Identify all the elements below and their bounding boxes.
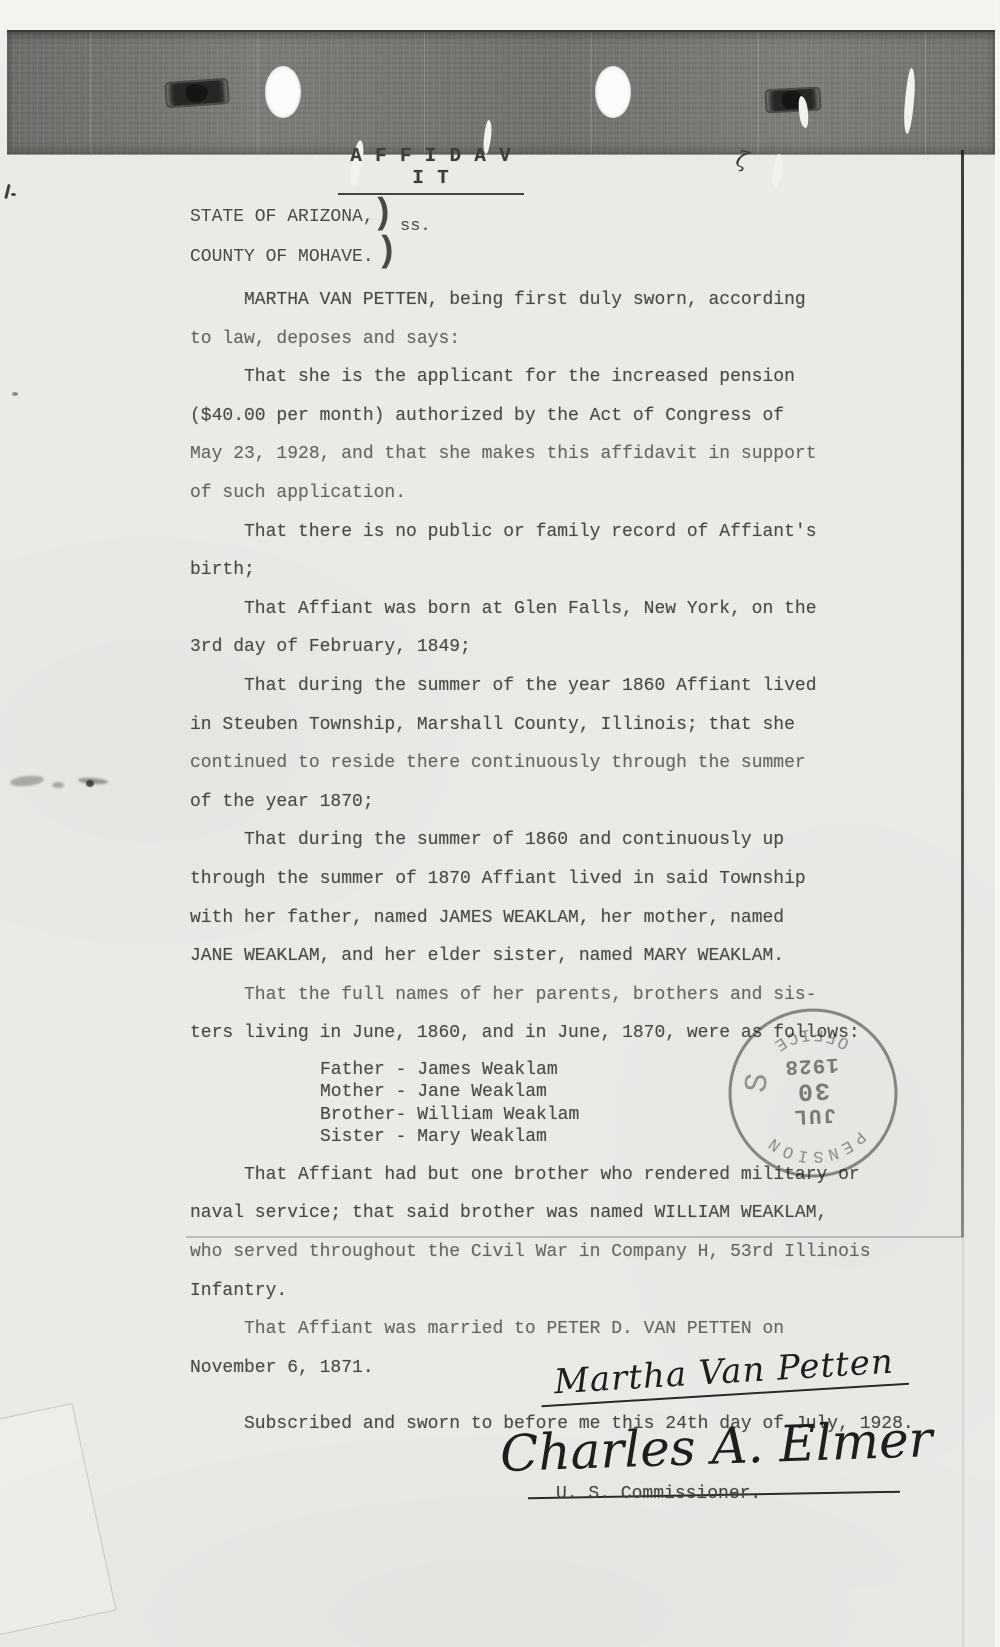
punch-hole-right	[595, 66, 631, 118]
body-line: of such application.	[190, 474, 890, 513]
body-line: through the summer of 1870 Affiant lived…	[190, 860, 890, 899]
svg-text:OFFICE: OFFICE	[766, 1021, 854, 1056]
body-line: in Steuben Township, Marshall County, Il…	[190, 706, 890, 745]
paper-tear	[771, 154, 784, 189]
body-line: JANE WEAKLAM, and her elder sister, name…	[190, 937, 890, 976]
body-line: continued to reside there continuously t…	[190, 744, 890, 783]
jurat-county-line: COUNTY OF MOHAVE.	[190, 237, 374, 277]
jurat-brace-top: )	[372, 193, 394, 234]
body-line: That Affiant was married to PETER D. VAN…	[190, 1310, 890, 1349]
scanned-header-band: ζ	[7, 30, 995, 154]
pension-office-date-stamp: PENSION OFFICE S JUL 30 1928	[719, 999, 906, 1186]
stamp-rim-side-letter: S	[738, 1071, 777, 1095]
stamp-rim-top-text: PENSION	[762, 1126, 870, 1168]
ink-mark: ζ	[733, 147, 751, 174]
body-line: with her father, named JAMES WEAKLAM, he…	[190, 899, 890, 938]
body-line: May 23, 1928, and that she makes this af…	[190, 435, 890, 474]
body-line: ($40.00 per month) authorized by the Act…	[190, 397, 890, 436]
smudge-mark	[10, 774, 45, 787]
affidavit-body: MARTHA VAN PETTEN, being first duly swor…	[190, 281, 890, 1387]
svg-text:PENSION: PENSION	[762, 1126, 870, 1168]
jurat-ss-label: ss.	[400, 217, 431, 236]
stamp-day: 30	[795, 1075, 830, 1106]
body-line: That Affiant was born at Glen Falls, New…	[190, 590, 890, 629]
paper-fastener-right	[764, 87, 821, 114]
body-line: of the year 1870;	[190, 783, 890, 822]
commissioner-title: U. S. Commissioner.	[556, 1484, 761, 1504]
body-line: Infantry.	[190, 1272, 890, 1311]
smudge-mark	[86, 780, 94, 787]
scan-right-margin	[995, 0, 1000, 1647]
scan-top-margin	[0, 0, 1000, 31]
body-line: 3rd day of February, 1849;	[190, 628, 890, 667]
ink-mark	[11, 193, 16, 196]
jurat-block: STATE OF ARIZONA, COUNTY OF MOHAVE. ) ) …	[190, 197, 374, 277]
document-title: A F F I D A V I T	[338, 145, 524, 195]
ink-mark	[12, 392, 18, 396]
stamp-rim-bottom-text: OFFICE	[766, 1021, 854, 1056]
page-edge-line-vertical	[961, 150, 964, 1237]
body-line: MARTHA VAN PETTEN, being first duly swor…	[190, 281, 890, 320]
body-line: to law, deposes and says:	[190, 320, 890, 359]
underlying-sheet-corner	[0, 1403, 116, 1641]
body-line: That she is the applicant for the increa…	[190, 358, 890, 397]
body-line: That during the summer of 1860 and conti…	[190, 821, 890, 860]
punch-hole-left	[265, 66, 301, 118]
body-line: That there is no public or family record…	[190, 513, 890, 552]
stamp-year: 1928	[784, 1052, 840, 1078]
jurat-state-line: STATE OF ARIZONA,	[190, 197, 374, 237]
ink-mark	[4, 184, 11, 199]
page-edge-line-vertical-faint	[962, 1237, 964, 1647]
paper-tear	[903, 68, 917, 134]
body-line: birth;	[190, 551, 890, 590]
jurat-brace-bottom: )	[376, 231, 398, 272]
paper-fastener-left	[164, 78, 230, 108]
smudge-mark	[52, 782, 64, 788]
body-line: That during the summer of the year 1860 …	[190, 667, 890, 706]
body-line: who served throughout the Civil War in C…	[190, 1233, 890, 1272]
body-line: naval service; that said brother was nam…	[190, 1194, 890, 1233]
